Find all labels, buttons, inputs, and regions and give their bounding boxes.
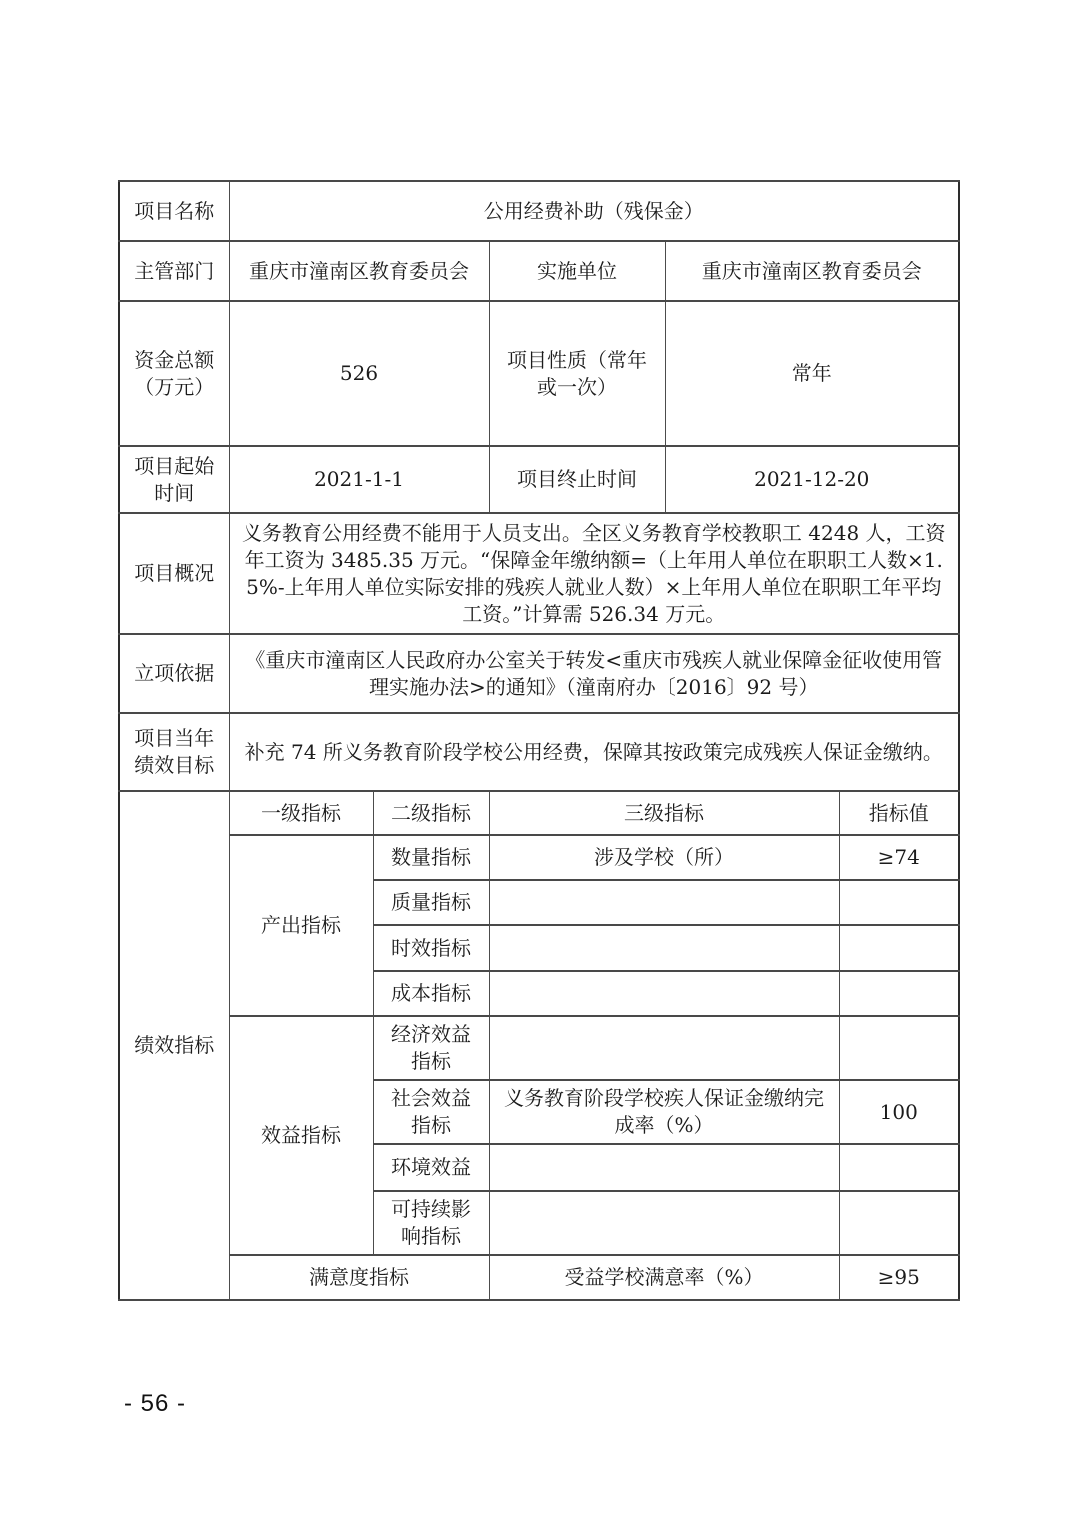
- table-row: 项目起始时间 2021-1-1 项目终止时间 2021-12-20: [119, 446, 959, 513]
- indicator-level3: [489, 1191, 839, 1255]
- start-date-value: 2021-1-1: [229, 446, 489, 513]
- end-date-label: 项目终止时间: [489, 446, 665, 513]
- indicator-level3: [489, 971, 839, 1016]
- implementing-unit-label: 实施单位: [489, 241, 665, 301]
- end-date-value: 2021-12-20: [665, 446, 959, 513]
- table-row: 项目名称 公用经费补助（残保金）: [119, 181, 959, 241]
- table-row: 立项依据 《重庆市潼南区人民政府办公室关于转发<重庆市残疾人就业保障金征收使用管…: [119, 634, 959, 713]
- indicator-level2: 可持续影响指标: [373, 1191, 489, 1255]
- satisfaction-level3: 受益学校满意率（%）: [489, 1255, 839, 1300]
- indicator-header-row: 绩效指标 一级指标 二级指标 三级指标 指标值: [119, 791, 959, 835]
- document-page: 项目名称 公用经费补助（残保金） 主管部门 重庆市潼南区教育委员会 实施单位 重…: [0, 0, 1074, 1520]
- satisfaction-value: ≥95: [839, 1255, 959, 1300]
- indicator-value: [839, 1016, 959, 1080]
- project-nature-label: 项目性质（常年或一次）: [489, 301, 665, 446]
- annual-goal-label: 项目当年绩效目标: [119, 713, 229, 791]
- indicator-row: 满意度指标 受益学校满意率（%） ≥95: [119, 1255, 959, 1300]
- project-nature-value: 常年: [665, 301, 959, 446]
- indicator-row: 产出指标 数量指标 涉及学校（所） ≥74: [119, 835, 959, 880]
- indicator-level3: 义务教育阶段学校疾人保证金缴纳完成率（%）: [489, 1080, 839, 1144]
- fund-total-label: 资金总额（万元）: [119, 301, 229, 446]
- overview-value: 义务教育公用经费不能用于人员支出。全区义务教育学校教职工 4248 人，工资年工…: [229, 513, 959, 634]
- indicator-level3: 涉及学校（所）: [489, 835, 839, 880]
- header-level1: 一级指标: [229, 791, 373, 835]
- benefit-group-label: 效益指标: [229, 1016, 373, 1255]
- start-date-label: 项目起始时间: [119, 446, 229, 513]
- fund-total-value: 526: [229, 301, 489, 446]
- indicator-level2: 时效指标: [373, 925, 489, 971]
- indicator-row: 效益指标 经济效益指标: [119, 1016, 959, 1080]
- indicator-value: ≥74: [839, 835, 959, 880]
- table-row: 主管部门 重庆市潼南区教育委员会 实施单位 重庆市潼南区教育委员会: [119, 241, 959, 301]
- satisfaction-label: 满意度指标: [229, 1255, 489, 1300]
- indicator-value: [839, 925, 959, 971]
- dept-label: 主管部门: [119, 241, 229, 301]
- output-group-label: 产出指标: [229, 835, 373, 1016]
- indicator-level2: 环境效益: [373, 1144, 489, 1191]
- indicator-level3: [489, 925, 839, 971]
- indicator-value: [839, 880, 959, 925]
- dept-value: 重庆市潼南区教育委员会: [229, 241, 489, 301]
- indicator-level2: 质量指标: [373, 880, 489, 925]
- overview-label: 项目概况: [119, 513, 229, 634]
- project-name-value: 公用经费补助（残保金）: [229, 181, 959, 241]
- header-value: 指标值: [839, 791, 959, 835]
- indicator-level2: 数量指标: [373, 835, 489, 880]
- project-name-label: 项目名称: [119, 181, 229, 241]
- indicator-level3: [489, 880, 839, 925]
- indicator-level3: [489, 1016, 839, 1080]
- project-info-table: 项目名称 公用经费补助（残保金） 主管部门 重庆市潼南区教育委员会 实施单位 重…: [118, 180, 960, 1301]
- header-level3: 三级指标: [489, 791, 839, 835]
- basis-label: 立项依据: [119, 634, 229, 713]
- indicator-level2: 社会效益指标: [373, 1080, 489, 1144]
- basis-value: 《重庆市潼南区人民政府办公室关于转发<重庆市残疾人就业保障金征收使用管理实施办法…: [229, 634, 959, 713]
- indicator-value: [839, 1191, 959, 1255]
- page-number: - 56 -: [124, 1390, 186, 1418]
- table-row: 项目当年绩效目标 补充 74 所义务教育阶段学校公用经费，保障其按政策完成残疾人…: [119, 713, 959, 791]
- indicator-level2: 经济效益指标: [373, 1016, 489, 1080]
- table-row: 项目概况 义务教育公用经费不能用于人员支出。全区义务教育学校教职工 4248 人…: [119, 513, 959, 634]
- indicator-value: 100: [839, 1080, 959, 1144]
- indicator-level3: [489, 1144, 839, 1191]
- indicator-value: [839, 971, 959, 1016]
- implementing-unit-value: 重庆市潼南区教育委员会: [665, 241, 959, 301]
- indicators-section-label: 绩效指标: [119, 791, 229, 1300]
- header-level2: 二级指标: [373, 791, 489, 835]
- indicator-value: [839, 1144, 959, 1191]
- table-row: 资金总额（万元） 526 项目性质（常年或一次） 常年: [119, 301, 959, 446]
- annual-goal-value: 补充 74 所义务教育阶段学校公用经费，保障其按政策完成残疾人保证金缴纳。: [229, 713, 959, 791]
- indicator-level2: 成本指标: [373, 971, 489, 1016]
